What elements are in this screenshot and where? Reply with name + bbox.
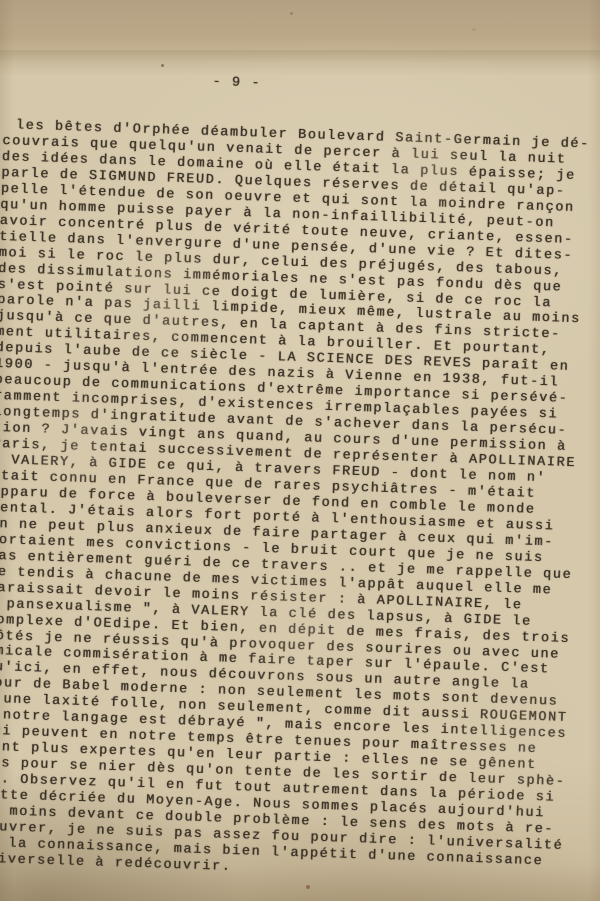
- typewritten-body-text: les bêtes d'Orphée déambuler Boulevard S…: [0, 118, 590, 887]
- paper-speck: [472, 28, 476, 31]
- photographed-typescript-page: - 9 - les bêtes d'Orphée déambuler Boule…: [0, 0, 600, 901]
- typescript-block: - 9 - les bêtes d'Orphée déambuler Boule…: [5, 62, 600, 84]
- page-number: - 9 -: [212, 75, 261, 93]
- paper-speck: [290, 12, 293, 15]
- page-top-edge-shadow: [0, 50, 600, 64]
- paper-speck: [161, 64, 164, 67]
- paper-speck: [306, 885, 310, 889]
